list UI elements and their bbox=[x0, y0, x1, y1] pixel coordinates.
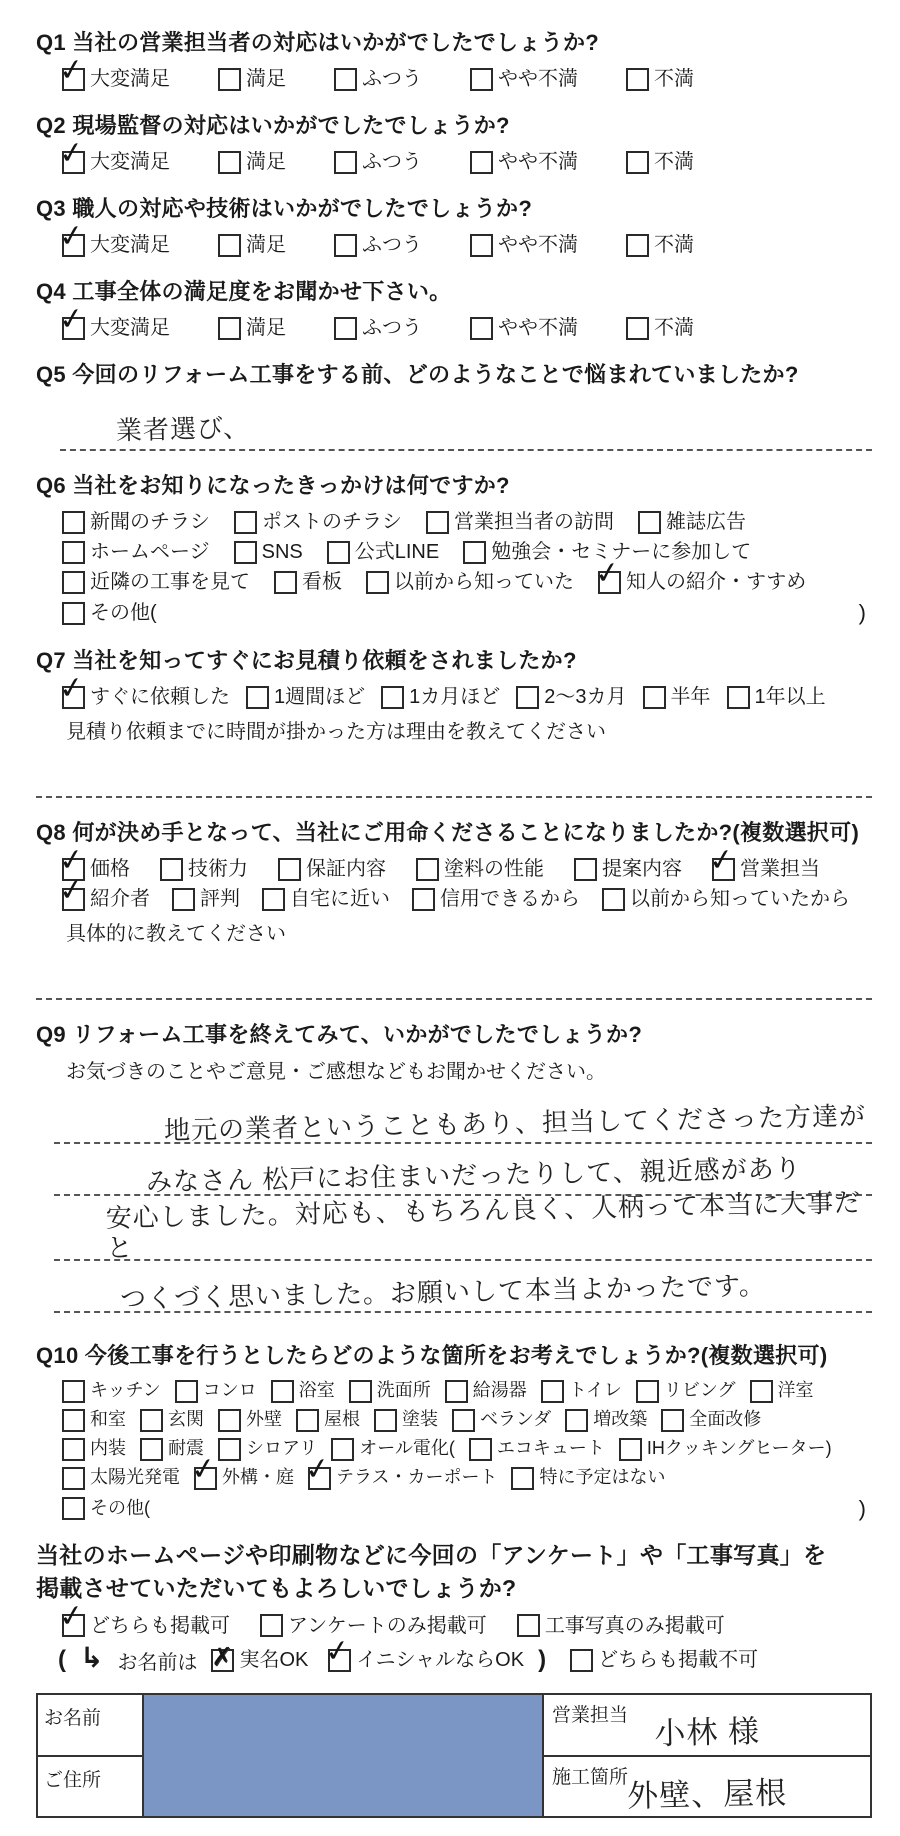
checkbox-label: ふつう bbox=[362, 233, 422, 257]
corner-arrow-icon: ↳ bbox=[80, 1644, 103, 1672]
checkbox-label: 以前から知っていた bbox=[394, 570, 574, 594]
checkbox-option[interactable]: 信用できるから bbox=[412, 887, 580, 911]
checkbox-option[interactable]: 全面改修 bbox=[661, 1409, 761, 1432]
checkbox-label: 工事写真のみ掲載可 bbox=[545, 1614, 725, 1638]
checkbox-label: すぐに依頼した bbox=[90, 685, 230, 709]
checkbox-option[interactable]: どちらも掲載可 bbox=[62, 1614, 230, 1638]
checkbox-label: トイレ bbox=[569, 1380, 622, 1402]
checkbox-option[interactable]: 1週間ほど bbox=[246, 685, 365, 709]
checkbox-option[interactable]: 2〜3カ月 bbox=[516, 685, 626, 709]
q9-answer-line: つくづく思いました。お願いして本当よかったです。 bbox=[54, 1261, 872, 1313]
q9-answer-line: みなさん 松戸にお住まいだったりして、親近感があり bbox=[54, 1144, 872, 1196]
checkbox-option[interactable]: 1カ月ほど bbox=[381, 685, 500, 709]
checkbox-label: 価格 bbox=[90, 857, 130, 881]
checkbox[interactable] bbox=[218, 1438, 241, 1461]
checkbox-label: 給湯器 bbox=[473, 1380, 527, 1402]
checkbox-label: 以前から知っていたから bbox=[630, 887, 850, 911]
checkbox-option[interactable]: 不満 bbox=[626, 67, 694, 91]
q7-reason-space[interactable] bbox=[36, 744, 872, 786]
checkbox[interactable] bbox=[626, 151, 649, 174]
checkbox[interactable] bbox=[218, 151, 241, 174]
checkbox-label: イニシャルならOK bbox=[356, 1648, 524, 1672]
name-prompt: お名前は bbox=[117, 1646, 197, 1675]
checkbox-option[interactable]: 屋根 bbox=[296, 1409, 360, 1432]
checkbox-label: その他( bbox=[90, 1498, 150, 1520]
checkbox[interactable] bbox=[381, 686, 404, 709]
checkbox-label: 信用できるから bbox=[440, 887, 580, 911]
checkbox[interactable] bbox=[349, 1380, 372, 1403]
checkbox-label: 2〜3カ月 bbox=[544, 685, 626, 709]
question-title: Q5 今回のリフォーム工事をする前、どのようなことで悩まれていましたか? bbox=[36, 358, 872, 389]
q9-answer-area[interactable]: 地元の業者ということもあり、担当してくださった方達が みなさん 松戸にお住まいだ… bbox=[36, 1092, 872, 1313]
checkbox-option[interactable]: 外壁 bbox=[218, 1409, 282, 1432]
q5-answer-line[interactable]: 業者選び、 bbox=[60, 399, 872, 451]
checkbox-label: リビング bbox=[664, 1380, 736, 1402]
checkbox[interactable] bbox=[327, 541, 350, 564]
checkbox-option[interactable]: 雑誌広告 bbox=[638, 510, 746, 534]
checkbox-option[interactable]: 看板 bbox=[274, 570, 342, 594]
checkbox-option[interactable]: 和室 bbox=[62, 1409, 126, 1432]
checkbox-option[interactable]: ポストのチラシ bbox=[234, 510, 402, 534]
q10-options-row4: 太陽光発電外構・庭テラス・カーポート特に予定はない bbox=[62, 1467, 872, 1490]
publication-name-row: ( ↳ お名前は 実名OKイニシャルならOK ) どちらも掲載不可 bbox=[58, 1646, 872, 1675]
q9-handwritten-line4: つくづく思いました。お願いして本当よかったです。 bbox=[120, 1271, 766, 1314]
checkbox-label: 1カ月ほど bbox=[409, 685, 500, 709]
checkbox-option[interactable]: オール電化( bbox=[331, 1438, 455, 1461]
checkbox[interactable] bbox=[626, 317, 649, 340]
q9-subtitle: お気づきのことやご意見・ご感想などもお聞かせください。 bbox=[66, 1055, 872, 1084]
checkbox[interactable] bbox=[626, 68, 649, 91]
checkbox-label: 技術力 bbox=[188, 857, 248, 881]
checkbox[interactable] bbox=[334, 317, 357, 340]
question-q2: Q2 現場監督の対応はいかがでしたでしょうか? 大変満足満足ふつうやや不満不満 bbox=[36, 109, 872, 174]
checkbox[interactable] bbox=[602, 888, 625, 911]
checkbox[interactable] bbox=[374, 1409, 397, 1432]
checkbox[interactable] bbox=[62, 1438, 85, 1461]
checkbox[interactable] bbox=[750, 1380, 773, 1403]
checkbox-option[interactable]: ホームページ bbox=[62, 540, 210, 564]
checkbox[interactable] bbox=[565, 1409, 588, 1432]
checkbox[interactable] bbox=[62, 511, 85, 534]
checkbox[interactable] bbox=[62, 68, 85, 91]
checkbox[interactable] bbox=[218, 68, 241, 91]
section-divider bbox=[36, 998, 872, 1000]
checkbox-option[interactable]: 評判 bbox=[172, 887, 240, 911]
checkbox-option[interactable]: 大変満足 bbox=[62, 233, 170, 257]
checkbox[interactable] bbox=[62, 571, 85, 594]
checkbox-option[interactable]: アンケートのみ掲載可 bbox=[260, 1614, 487, 1638]
address-redaction-box bbox=[144, 1755, 544, 1817]
checkbox-label: 玄関 bbox=[168, 1409, 204, 1431]
checkbox[interactable] bbox=[426, 511, 449, 534]
checkbox[interactable] bbox=[62, 1614, 85, 1637]
checkbox-label: 保証内容 bbox=[306, 857, 386, 881]
sales-rep-handwritten-value: 小林 様 bbox=[549, 1696, 864, 1754]
checkbox-option[interactable]: 塗装 bbox=[374, 1409, 438, 1432]
checkbox-label: 外壁 bbox=[246, 1409, 282, 1431]
checkbox-label: その他( bbox=[90, 601, 157, 625]
checkbox[interactable] bbox=[516, 686, 539, 709]
q7-options: すぐに依頼した1週間ほど1カ月ほど2〜3カ月半年1年以上 bbox=[62, 685, 872, 709]
checkbox-label: 屋根 bbox=[324, 1409, 360, 1431]
checkbox-option[interactable]: 洗面所 bbox=[349, 1380, 431, 1403]
q8-detail-space[interactable] bbox=[36, 946, 872, 988]
checkbox-option[interactable]: やや不満 bbox=[470, 233, 578, 257]
checkbox-label: 大変満足 bbox=[90, 316, 170, 340]
checkbox-label: 大変満足 bbox=[90, 67, 170, 91]
checkbox-option[interactable]: 不満 bbox=[626, 150, 694, 174]
footer-name-label: お名前 bbox=[38, 1695, 144, 1755]
checkbox-label: 増改築 bbox=[593, 1409, 647, 1431]
checkbox-option[interactable]: 近隣の工事を見て bbox=[62, 570, 250, 594]
checkbox[interactable] bbox=[62, 1497, 85, 1520]
checkbox-option[interactable]: 営業担当 bbox=[712, 857, 820, 881]
checkbox-label: テラス・カーポート bbox=[336, 1467, 497, 1489]
checkbox-option[interactable]: コンロ bbox=[175, 1380, 257, 1403]
checkbox-option[interactable]: SNS bbox=[234, 540, 303, 564]
checkbox[interactable] bbox=[218, 1409, 241, 1432]
checkbox-option[interactable]: 給湯器 bbox=[445, 1380, 527, 1403]
checkbox-label: 不満 bbox=[654, 316, 694, 340]
checkbox-option[interactable]: 紹介者 bbox=[62, 887, 150, 911]
checkbox-label: ふつう bbox=[362, 67, 422, 91]
checkbox[interactable] bbox=[470, 68, 493, 91]
checkbox-option[interactable]: 公式LINE bbox=[327, 540, 439, 564]
q10-options-row3: 内装耐震シロアリオール電化(エコキュートIHクッキングヒーター) bbox=[62, 1438, 872, 1461]
q6-options-row1: 新聞のチラシポストのチラシ営業担当者の訪問雑誌広告 bbox=[62, 510, 872, 534]
checkbox[interactable] bbox=[445, 1380, 468, 1403]
checkbox-option[interactable]: 提案内容 bbox=[574, 857, 682, 881]
checkbox-label: エコキュート bbox=[497, 1438, 605, 1460]
checkbox-option[interactable]: 外構・庭 bbox=[194, 1467, 294, 1490]
q9-answer-line: 安心しました。対応も、もちろん良く、人柄って本当に大事だと bbox=[54, 1196, 872, 1261]
checkbox[interactable] bbox=[727, 686, 750, 709]
checkbox-option[interactable]: 大変満足 bbox=[62, 316, 170, 340]
checkbox[interactable] bbox=[62, 1467, 85, 1490]
checkbox[interactable] bbox=[62, 888, 85, 911]
checkbox[interactable] bbox=[62, 151, 85, 174]
checkbox[interactable] bbox=[234, 511, 257, 534]
checkbox-option[interactable]: 工事写真のみ掲載可 bbox=[517, 1614, 725, 1638]
checkbox[interactable] bbox=[278, 858, 301, 881]
checkbox-option[interactable]: やや不満 bbox=[470, 67, 578, 91]
checkbox-option[interactable]: 1年以上 bbox=[727, 685, 826, 709]
question-title: Q1 当社の営業担当者の対応はいかがでしたでしょうか? bbox=[36, 26, 872, 57]
checkbox[interactable] bbox=[469, 1438, 492, 1461]
checkbox-label: 全面改修 bbox=[689, 1409, 761, 1431]
checkbox-label: 洋室 bbox=[778, 1380, 814, 1402]
q6-options-row2: ホームページSNS公式LINE勉強会・セミナーに参加して bbox=[62, 540, 872, 564]
checkbox-label: 満足 bbox=[246, 233, 286, 257]
q6-options-row3: 近隣の工事を見て看板以前から知っていた知人の紹介・すすめ bbox=[62, 570, 872, 594]
checkbox[interactable] bbox=[636, 1380, 659, 1403]
checkbox-label: 満足 bbox=[246, 67, 286, 91]
checkbox[interactable] bbox=[334, 151, 357, 174]
checkbox[interactable] bbox=[334, 234, 357, 257]
checkbox-option[interactable]: 大変満足 bbox=[62, 150, 170, 174]
checkbox-option[interactable]: 以前から知っていた bbox=[366, 570, 574, 594]
checkbox-label: 特に予定はない bbox=[539, 1467, 665, 1489]
q6-options-row4: その他() bbox=[62, 600, 872, 626]
checkbox-option[interactable]: 不満 bbox=[626, 316, 694, 340]
q2-options: 大変満足満足ふつうやや不満不満 bbox=[62, 150, 872, 174]
checkbox-label: コンロ bbox=[203, 1380, 257, 1402]
checkbox-option[interactable]: リビング bbox=[636, 1380, 736, 1403]
checkbox[interactable] bbox=[470, 151, 493, 174]
checkbox[interactable] bbox=[638, 511, 661, 534]
checkbox-label: どちらも掲載可 bbox=[90, 1614, 230, 1638]
checkbox-label: 1週間ほど bbox=[274, 685, 365, 709]
q4-options: 大変満足満足ふつうやや不満不満 bbox=[62, 316, 872, 340]
question-q7: Q7 当社を知ってすぐにお見積り依頼をされましたか? すぐに依頼した1週間ほど1… bbox=[36, 644, 872, 798]
checkbox-label: 営業担当 bbox=[740, 857, 820, 881]
checkbox[interactable] bbox=[574, 858, 597, 881]
checkbox-label: 不満 bbox=[654, 150, 694, 174]
q5-handwritten-answer: 業者選び、 bbox=[116, 414, 251, 447]
checkbox[interactable] bbox=[511, 1467, 534, 1490]
checkbox-label: ポストのチラシ bbox=[262, 510, 402, 534]
checkbox-option[interactable]: テラス・カーポート bbox=[308, 1467, 497, 1490]
checkbox[interactable] bbox=[296, 1409, 319, 1432]
checkbox-option[interactable]: 不満 bbox=[626, 233, 694, 257]
q8-options-row1: 価格技術力保証内容塗料の性能提案内容営業担当 bbox=[62, 857, 872, 881]
checkbox-option[interactable]: IHクッキングヒーター) bbox=[619, 1438, 832, 1461]
checkbox-label: 大変満足 bbox=[90, 233, 170, 257]
q8-options-row2: 紹介者評判自宅に近い信用できるから以前から知っていたから bbox=[62, 887, 872, 911]
checkbox-option[interactable]: エコキュート bbox=[469, 1438, 605, 1461]
checkbox[interactable] bbox=[626, 234, 649, 257]
q3-options: 大変満足満足ふつうやや不満不満 bbox=[62, 233, 872, 257]
checkbox-option[interactable]: 保証内容 bbox=[278, 857, 386, 881]
checkbox-option[interactable]: 大変満足 bbox=[62, 67, 170, 91]
checkbox[interactable] bbox=[62, 686, 85, 709]
checkbox-option[interactable]: 内装 bbox=[62, 1438, 126, 1461]
question-q9: Q9 リフォーム工事を終えてみて、いかがでしたでしょうか? お気づきのことやご意… bbox=[36, 1018, 872, 1313]
question-q10: Q10 今後工事を行うとしたらどのような箇所をお考えでしょうか?(複数選択可) … bbox=[36, 1339, 872, 1522]
checkbox-option[interactable]: すぐに依頼した bbox=[62, 685, 230, 709]
checkbox[interactable] bbox=[570, 1649, 593, 1672]
work-site-handwritten-value: 外壁、屋根 bbox=[549, 1757, 864, 1815]
checkbox-option[interactable]: やや不満 bbox=[470, 316, 578, 340]
checkbox[interactable] bbox=[62, 234, 85, 257]
checkbox[interactable] bbox=[643, 686, 666, 709]
question-title: Q2 現場監督の対応はいかがでしたでしょうか? bbox=[36, 109, 872, 140]
checkbox-option[interactable]: イニシャルならOK bbox=[328, 1648, 524, 1672]
footer-table: お名前 営業担当 小林 様 ご住所 施工箇所 外壁、屋根 bbox=[36, 1693, 872, 1818]
checkbox-option[interactable]: 浴室 bbox=[271, 1380, 335, 1403]
checkbox[interactable] bbox=[541, 1380, 564, 1403]
checkbox-label: 外構・庭 bbox=[222, 1467, 294, 1489]
publication-decline-option: どちらも掲載不可 bbox=[570, 1648, 758, 1672]
checkbox-option[interactable]: 新聞のチラシ bbox=[62, 510, 210, 534]
checkbox[interactable] bbox=[412, 888, 435, 911]
checkbox-label: 紹介者 bbox=[90, 887, 150, 911]
checkbox[interactable] bbox=[140, 1438, 163, 1461]
checkbox-option[interactable]: 増改築 bbox=[565, 1409, 647, 1432]
publication-question-line2: 掲載させていただいてもよろしいでしょうか? bbox=[36, 1573, 872, 1604]
checkbox-option[interactable]: 洋室 bbox=[750, 1380, 814, 1403]
q10-options-row2: 和室玄関外壁屋根塗装ベランダ増改築全面改修 bbox=[62, 1409, 872, 1432]
checkbox[interactable] bbox=[366, 571, 389, 594]
checkbox-option[interactable]: やや不満 bbox=[470, 150, 578, 174]
checkbox[interactable] bbox=[218, 317, 241, 340]
checkbox[interactable] bbox=[452, 1409, 475, 1432]
question-title: Q10 今後工事を行うとしたらどのような箇所をお考えでしょうか?(複数選択可) bbox=[36, 1339, 872, 1370]
paren-close: ) bbox=[859, 600, 872, 626]
checkbox-option[interactable]: 満足 bbox=[218, 150, 286, 174]
checkbox-option[interactable]: その他( bbox=[62, 601, 157, 625]
checkbox-option[interactable]: 半年 bbox=[643, 685, 711, 709]
checkbox-option[interactable]: 太陽光発電 bbox=[62, 1467, 180, 1490]
q9-handwritten-line1: 地元の業者ということもあり、担当してくださった方達が bbox=[164, 1102, 866, 1147]
checkbox-label: 塗料の性能 bbox=[444, 857, 544, 881]
checkbox-option[interactable]: キッチン bbox=[62, 1380, 161, 1403]
checkbox-label: 自宅に近い bbox=[290, 887, 390, 911]
checkbox-label: 内装 bbox=[90, 1438, 126, 1460]
footer-address-label: ご住所 bbox=[38, 1755, 144, 1817]
checkbox-option[interactable]: 特に予定はない bbox=[511, 1467, 665, 1490]
checkbox-option[interactable]: 玄関 bbox=[140, 1409, 204, 1432]
checkbox[interactable] bbox=[271, 1380, 294, 1403]
checkbox-option[interactable]: ふつう bbox=[334, 67, 422, 91]
checkbox-label: 実名OK bbox=[239, 1648, 308, 1672]
checkbox-label: 満足 bbox=[246, 316, 286, 340]
checkbox[interactable] bbox=[62, 541, 85, 564]
publication-permission-section: 当社のホームページや印刷物などに今回の「アンケート」や「工事写真」を 掲載させて… bbox=[36, 1540, 872, 1675]
q1-options: 大変満足満足ふつうやや不満不満 bbox=[62, 67, 872, 91]
checkbox[interactable] bbox=[308, 1467, 331, 1490]
checkbox[interactable] bbox=[62, 1380, 85, 1403]
checkbox-option[interactable]: ふつう bbox=[334, 233, 422, 257]
checkbox[interactable] bbox=[416, 858, 439, 881]
checkbox-label: 勉強会・セミナーに参加して bbox=[491, 540, 751, 564]
checkbox-label: アンケートのみ掲載可 bbox=[288, 1614, 487, 1638]
checkbox-label: 和室 bbox=[90, 1409, 126, 1431]
checkbox[interactable] bbox=[246, 686, 269, 709]
checkbox-option[interactable]: 営業担当者の訪問 bbox=[426, 510, 614, 534]
checkbox[interactable] bbox=[661, 1409, 684, 1432]
checkbox[interactable] bbox=[470, 234, 493, 257]
checkbox-label: ベランダ bbox=[480, 1409, 551, 1431]
checkbox-label: 近隣の工事を見て bbox=[90, 570, 250, 594]
checkbox-option[interactable]: どちらも掲載不可 bbox=[570, 1648, 758, 1672]
checkbox-option[interactable]: 自宅に近い bbox=[262, 887, 390, 911]
checkbox[interactable] bbox=[172, 888, 195, 911]
checkbox[interactable] bbox=[517, 1614, 540, 1637]
checkbox[interactable] bbox=[62, 1409, 85, 1432]
checkbox[interactable] bbox=[260, 1614, 283, 1637]
question-title: Q9 リフォーム工事を終えてみて、いかがでしたでしょうか? bbox=[36, 1018, 872, 1049]
checkbox[interactable] bbox=[334, 68, 357, 91]
checkbox-label: 洗面所 bbox=[377, 1380, 431, 1402]
checkbox[interactable] bbox=[598, 571, 621, 594]
checkbox[interactable] bbox=[331, 1438, 354, 1461]
checkbox-label: IHクッキングヒーター) bbox=[647, 1438, 832, 1460]
checkbox[interactable] bbox=[140, 1409, 163, 1432]
question-title: Q8 何が決め手となって、当社にご用命くださることになりましたか?(複数選択可) bbox=[36, 816, 872, 847]
checkbox[interactable] bbox=[234, 541, 257, 564]
checkbox[interactable] bbox=[619, 1438, 642, 1461]
checkbox[interactable] bbox=[160, 858, 183, 881]
checkbox-label: やや不満 bbox=[498, 67, 578, 91]
checkbox-label: 半年 bbox=[671, 685, 711, 709]
checkbox-label: 公式LINE bbox=[355, 540, 439, 564]
checkbox-label: ふつう bbox=[362, 150, 422, 174]
checkbox[interactable] bbox=[463, 541, 486, 564]
checkbox-option[interactable]: ベランダ bbox=[452, 1409, 551, 1432]
checkbox-label: どちらも掲載不可 bbox=[598, 1648, 758, 1672]
checkbox-option[interactable]: 満足 bbox=[218, 233, 286, 257]
checkbox[interactable] bbox=[274, 571, 297, 594]
checkbox-label: 大変満足 bbox=[90, 150, 170, 174]
checkbox-label: ふつう bbox=[362, 316, 422, 340]
q9-handwritten-line3: 安心しました。対応も、もちろん良く、人柄って本当に大事だと bbox=[105, 1188, 872, 1264]
checkbox-label: 提案内容 bbox=[602, 857, 682, 881]
checkbox[interactable] bbox=[62, 317, 85, 340]
paren-close: ) bbox=[859, 1496, 872, 1522]
checkbox[interactable] bbox=[262, 888, 285, 911]
q9-answer-line: 地元の業者ということもあり、担当してくださった方達が bbox=[54, 1092, 872, 1144]
checkbox[interactable] bbox=[712, 858, 735, 881]
checkbox[interactable] bbox=[211, 1649, 234, 1672]
checkbox-option[interactable]: その他( bbox=[62, 1497, 150, 1520]
question-q4: Q4 工事全体の満足度をお聞かせ下さい。 大変満足満足ふつうやや不満不満 bbox=[36, 275, 872, 340]
checkbox[interactable] bbox=[328, 1649, 351, 1672]
checkbox-label: やや不満 bbox=[498, 150, 578, 174]
checkbox-option[interactable]: 満足 bbox=[218, 316, 286, 340]
checkbox-option[interactable]: 知人の紹介・すすめ bbox=[598, 570, 806, 594]
checkbox-option[interactable]: 技術力 bbox=[160, 857, 248, 881]
checkbox-option[interactable]: 塗料の性能 bbox=[416, 857, 544, 881]
question-title: Q7 当社を知ってすぐにお見積り依頼をされましたか? bbox=[36, 644, 872, 675]
section-divider bbox=[36, 796, 872, 798]
checkbox-label: やや不満 bbox=[498, 233, 578, 257]
question-q3: Q3 職人の対応や技術はいかがでしたでしょうか? 大変満足満足ふつうやや不満不満 bbox=[36, 192, 872, 257]
checkbox-option[interactable]: トイレ bbox=[541, 1380, 622, 1403]
checkbox[interactable] bbox=[194, 1467, 217, 1490]
checkbox-option[interactable]: 実名OK bbox=[211, 1648, 308, 1672]
question-q1: Q1 当社の営業担当者の対応はいかがでしたでしょうか? 大変満足満足ふつうやや不… bbox=[36, 26, 872, 91]
publication-options: どちらも掲載可アンケートのみ掲載可工事写真のみ掲載可 bbox=[62, 1614, 872, 1638]
checkbox-label: ホームページ bbox=[90, 540, 210, 564]
q10-options-row1: キッチンコンロ浴室洗面所給湯器トイレリビング洋室 bbox=[62, 1380, 872, 1403]
q7-note: 見積り依頼までに時間が掛かった方は理由を教えてください bbox=[66, 715, 872, 744]
checkbox-label: 知人の紹介・すすめ bbox=[626, 570, 806, 594]
checkbox-label: 浴室 bbox=[299, 1380, 335, 1402]
checkbox[interactable] bbox=[218, 234, 241, 257]
checkbox[interactable] bbox=[62, 602, 85, 625]
q8-note: 具体的に教えてください bbox=[66, 917, 872, 946]
checkbox-option[interactable]: 満足 bbox=[218, 67, 286, 91]
checkbox-label: 1年以上 bbox=[755, 685, 826, 709]
checkbox-label: 満足 bbox=[246, 150, 286, 174]
checkbox-option[interactable]: 以前から知っていたから bbox=[602, 887, 850, 911]
checkbox[interactable] bbox=[470, 317, 493, 340]
checkbox-label: 不満 bbox=[654, 67, 694, 91]
checkbox-label: 評判 bbox=[200, 887, 240, 911]
checkbox[interactable] bbox=[175, 1380, 198, 1403]
name-redaction-box bbox=[144, 1695, 544, 1755]
publication-name-options: 実名OKイニシャルならOK bbox=[211, 1648, 524, 1672]
checkbox-option[interactable]: ふつう bbox=[334, 150, 422, 174]
q10-options-row5: その他() bbox=[62, 1496, 872, 1522]
checkbox-option[interactable]: ふつう bbox=[334, 316, 422, 340]
question-q5: Q5 今回のリフォーム工事をする前、どのようなことで悩まれていましたか? 業者選… bbox=[36, 358, 872, 451]
checkbox-label: 塗装 bbox=[402, 1409, 438, 1431]
checkbox-label: やや不満 bbox=[498, 316, 578, 340]
paren-close: ) bbox=[538, 1646, 546, 1674]
checkbox-label: 営業担当者の訪問 bbox=[454, 510, 614, 534]
